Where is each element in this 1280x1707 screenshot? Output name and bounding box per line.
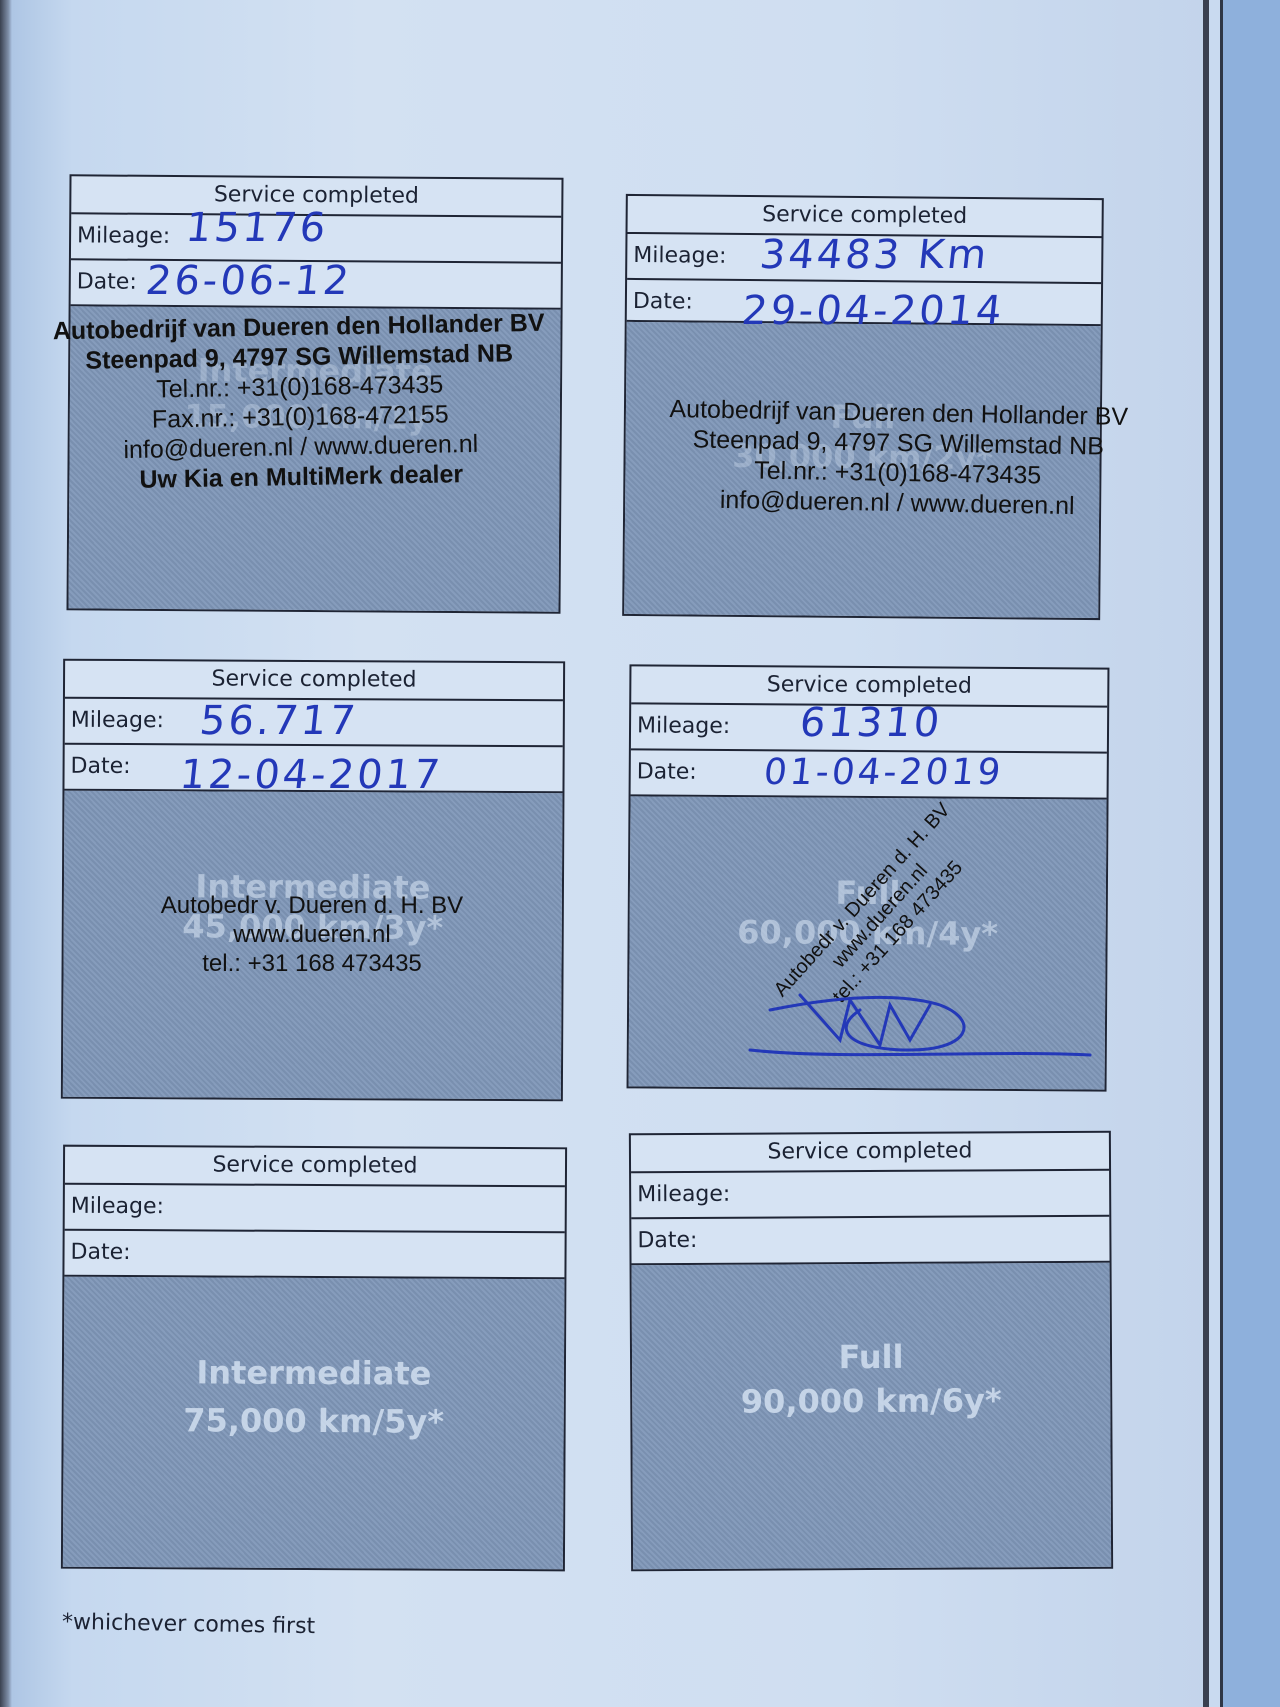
date-label: Date: [77, 269, 137, 294]
page-edge-back [1220, 0, 1223, 1707]
mileage-label: Mileage: [637, 1182, 730, 1207]
date-label: Date: [637, 759, 697, 784]
date-row: Date: [631, 1217, 1109, 1266]
dealer-stamp: Autobedrijf van Dueren den Hollander BV … [18, 307, 581, 497]
stamp-line: tel.: +31 168 473435 [62, 950, 562, 979]
date-label: Date: [70, 1240, 130, 1265]
handwritten-mileage: 34483 Km [758, 232, 992, 278]
date-label: Date: [637, 1228, 697, 1253]
date-label: Date: [633, 289, 693, 315]
mileage-label: Mileage: [77, 223, 170, 249]
service-type: Full [632, 1333, 1110, 1382]
signature-icon [740, 950, 1100, 1070]
mileage-label: Mileage: [71, 708, 164, 733]
page-edge-light [1209, 0, 1220, 1707]
service-panel: Full 90,000 km/6y* [632, 1263, 1112, 1569]
mileage-label: Mileage: [633, 243, 726, 269]
handwritten-mileage: 61310 [798, 700, 945, 746]
footnote: *whichever comes first [62, 1610, 316, 1639]
service-card-5: Service completed Mileage: Date: Interme… [61, 1145, 567, 1572]
service-type: Intermediate [64, 1349, 564, 1398]
service-card-6: Service completed Mileage: Date: Full 90… [629, 1131, 1113, 1572]
dealer-stamp: Autobedr v. Dueren d. H. BV www.dueren.n… [62, 892, 562, 978]
date-label: Date: [71, 754, 131, 779]
stamp-line: www.dueren.nl [62, 921, 562, 950]
binding-shadow [0, 0, 12, 1707]
dealer-stamp: Autobedrijf van Dueren den Hollander BV … [617, 393, 1179, 523]
stamp-line: Autobedr v. Dueren d. H. BV [62, 892, 562, 921]
mileage-label: Mileage: [71, 1194, 164, 1219]
mileage-label: Mileage: [637, 713, 730, 739]
service-interval: 90,000 km/6y* [632, 1377, 1110, 1426]
handwritten-mileage: 15176 [184, 205, 331, 251]
service-interval: 75,000 km/5y* [64, 1397, 564, 1446]
service-panel: Intermediate 75,000 km/5y* [63, 1277, 565, 1570]
handwritten-date: 26-06-12 [144, 258, 354, 304]
handwritten-mileage: 56.717 [198, 698, 361, 744]
card-title: Service completed [65, 661, 563, 702]
card-title: Service completed [65, 1147, 565, 1188]
mileage-row: Mileage: [65, 1185, 565, 1234]
mileage-row: Mileage: [631, 1171, 1109, 1220]
handwritten-date: 29-04-2014 [740, 288, 1007, 334]
date-row: Date: [64, 1231, 564, 1280]
handwritten-date: 12-04-2017 [178, 752, 445, 798]
card-title: Service completed [631, 1133, 1109, 1174]
